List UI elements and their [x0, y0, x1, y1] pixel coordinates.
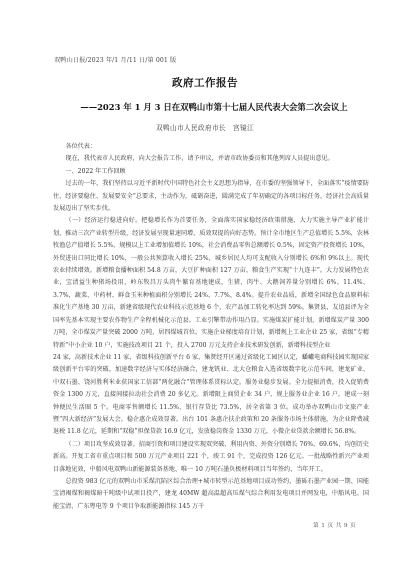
paragraph-overview: 过去的一年，我们坚持以习近平新时代中国特色社会主义思想为指导，在市委的坚强领导下…: [53, 178, 369, 215]
paragraph-projects: （二）项目攻坚成效显著。招商引资和项目建设实现双突破，利用内资、外资分别增长 7…: [53, 439, 369, 476]
document-body: 各位代表： 现在，我代表市人民政府，向大会报告工作，请予审议，并请市政协委员和其…: [53, 141, 369, 513]
paragraph-economy: （一）经济运行稳进向好。把稳增长作为首要任务，全面落实国家稳经济政策措施，大力实…: [53, 215, 369, 351]
salutation: 各位代表：: [53, 141, 369, 153]
document-title: 政府工作报告: [0, 75, 410, 90]
page-indicator: 第 1 页 共 9 页: [313, 520, 356, 529]
section-heading-2022-review: 一、2022 年工作回顾: [53, 166, 369, 178]
paragraph-investment: 总投资 983 亿元的双鸭山市采煤沉陷区综合治理+城市转型示范基地项目成功签约，…: [53, 476, 369, 513]
paragraph-intro: 现在，我代表市人民政府，向大会报告工作，请予审议，并请市政协委员和其他列席人员提…: [53, 153, 369, 165]
document-author: 双鸭山市人民政府市长 宫镜江: [0, 122, 410, 132]
document-subtitle: ——2023 年 1 月 3 日在双鸭山市第十七届人民代表大会第二次会议上: [64, 101, 364, 113]
newspaper-masthead: 双鸭山日报/2023 年/1 月/11 日/第 001 版: [54, 55, 176, 64]
paragraph-economy-continued: 24 家，高新技术企业 11 家，省级科技创新平台 6 家，集贤经开区通过省级化…: [53, 352, 369, 439]
document-page: 双鸭山日报/2023 年/1 月/11 日/第 001 版 政府工作报告 ——2…: [0, 0, 410, 580]
